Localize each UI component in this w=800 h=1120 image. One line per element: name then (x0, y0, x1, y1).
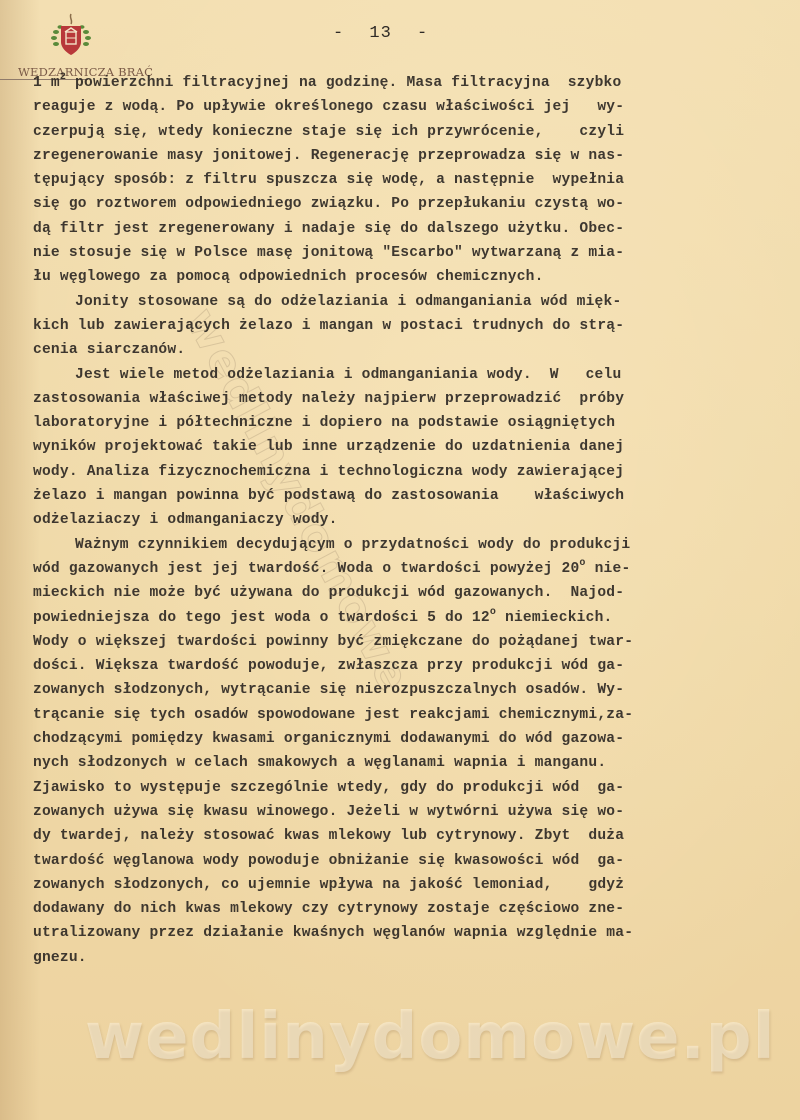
text-line: nych słodzonych w celach smakowych a węg… (33, 751, 733, 775)
text-line: kich lub zawierających żelazo i mangan w… (33, 314, 733, 338)
text-line: mieckich nie może być używana do produkc… (33, 581, 733, 605)
text-line-content: laboratoryjne i półtechniczne i dopiero … (33, 415, 615, 431)
text-line-content: Jest wiele metod odżelaziania i odmangan… (75, 367, 621, 383)
text-line-content: dodawany do nich kwas mlekowy czy cytryn… (33, 901, 624, 917)
text-line: gnezu. (33, 946, 733, 970)
text-line: 1 m2 powierzchni filtracyjnej na godzinę… (33, 71, 733, 95)
text-line: dości. Większa twardość powoduje, zwłasz… (33, 654, 733, 678)
bottom-watermark: wedlinydomowe.pl (85, 1000, 776, 1074)
text-line-continuation: powierzchni filtracyjnej na godzinę. Mas… (66, 75, 621, 91)
text-line-content: odżelaziaczy i odmanganiaczy wody. (33, 512, 338, 528)
text-line: żelazo i mangan powinna być podstawą do … (33, 484, 733, 508)
text-line-content: czerpują się, wtedy konieczne staje się … (33, 124, 624, 140)
text-line-content: zowanych używa się kwasu winowego. Jeżel… (33, 804, 624, 820)
text-line: trącanie się tych osadów spowodowane jes… (33, 703, 733, 727)
text-line: zowanych słodzonych, co ujemnie wpływa n… (33, 873, 733, 897)
text-line-content: dą filtr jest zregenerowany i nadaje się… (33, 221, 624, 237)
text-line-content: kich lub zawierających żelazo i mangan w… (33, 318, 624, 334)
text-line: Jest wiele metod odżelaziania i odmangan… (33, 363, 733, 387)
text-line: zowanych używa się kwasu winowego. Jeżel… (33, 800, 733, 824)
text-line-content: chodzącymi pomiędzy kwasami organicznymi… (33, 731, 624, 747)
text-line-content: dości. Większa twardość powoduje, zwłasz… (33, 658, 624, 674)
text-line-content: dy twardej, należy stosować kwas mlekowy… (33, 828, 624, 844)
text-line: twardość węglanowa wody powoduje obniżan… (33, 849, 733, 873)
text-line-content: zastosowania właściwej metody należy naj… (33, 391, 624, 407)
text-line-content: Zjawisko to występuje szczególnie wtedy,… (33, 780, 624, 796)
text-line: chodzącymi pomiędzy kwasami organicznymi… (33, 727, 733, 751)
text-line-content: utralizowany przez działanie kwaśnych wę… (33, 925, 633, 941)
text-line: tępujący sposób: z filtru spuszcza się w… (33, 168, 733, 192)
text-line: nie stosuje się w Polsce masę jonitową "… (33, 241, 733, 265)
text-line-content: twardość węglanowa wody powoduje obniżan… (33, 853, 624, 869)
text-line: odżelaziaczy i odmanganiaczy wody. (33, 508, 733, 532)
text-line-content: reaguje z wodą. Po upływie określonego c… (33, 99, 624, 115)
text-line: laboratoryjne i półtechniczne i dopiero … (33, 411, 733, 435)
text-line: czerpują się, wtedy konieczne staje się … (33, 120, 733, 144)
text-line-content: cenia siarczanów. (33, 342, 185, 358)
text-line-content: Wody o większej twardości powinny być zm… (33, 634, 633, 650)
text-line-content: się go roztworem odpowiedniego związku. … (33, 196, 624, 212)
text-line-continuation: nie- (586, 561, 631, 577)
text-line: Jonity stosowane są do odżelaziania i od… (33, 290, 733, 314)
text-line-content: tępujący sposób: z filtru spuszcza się w… (33, 172, 624, 188)
text-line-content: powiedniejsza do tego jest woda o twardo… (33, 610, 490, 626)
document-page: WĘDZARNICZA BRAĆ - 13 - wedlinydomowe 1 … (0, 0, 800, 1120)
text-line-content: wyników projektować takie lub inne urząd… (33, 439, 624, 455)
text-line: wody. Analiza fizycznochemiczna i techno… (33, 460, 733, 484)
text-line: się go roztworem odpowiedniego związku. … (33, 192, 733, 216)
text-line-content: wód gazowanych jest jej twardość. Woda o… (33, 561, 579, 577)
text-line: cenia siarczanów. (33, 338, 733, 362)
text-line-content: zregenerowanie masy jonitowej. Regenerac… (33, 148, 624, 164)
text-line-continuation: niemieckich. (496, 610, 612, 626)
text-line-content: wody. Analiza fizycznochemiczna i techno… (33, 464, 624, 480)
text-line: Wody o większej twardości powinny być zm… (33, 630, 733, 654)
text-line-content: nych słodzonych w celach smakowych a węg… (33, 755, 606, 771)
text-line: zowanych słodzonych, wytrącanie się nier… (33, 678, 733, 702)
smokehouse-crest-icon (50, 12, 92, 58)
text-line-content: zowanych słodzonych, co ujemnie wpływa n… (33, 877, 624, 893)
text-line: dą filtr jest zregenerowany i nadaje się… (33, 217, 733, 241)
text-line: dy twardej, należy stosować kwas mlekowy… (33, 824, 733, 848)
text-line: wyników projektować takie lub inne urząd… (33, 435, 733, 459)
text-line-content: mieckich nie może być używana do produkc… (33, 585, 624, 601)
text-line: utralizowany przez działanie kwaśnych wę… (33, 921, 733, 945)
text-line: zregenerowanie masy jonitowej. Regenerac… (33, 144, 733, 168)
text-line: reaguje z wodą. Po upływie określonego c… (33, 95, 733, 119)
text-line: Zjawisko to występuje szczególnie wtedy,… (33, 776, 733, 800)
text-line: dodawany do nich kwas mlekowy czy cytryn… (33, 897, 733, 921)
text-line: wód gazowanych jest jej twardość. Woda o… (33, 557, 733, 581)
typewritten-text-body: 1 m2 powierzchni filtracyjnej na godzinę… (33, 71, 733, 970)
text-line: Ważnym czynnikiem decydującym o przydatn… (33, 533, 733, 557)
page-number: - 13 - (333, 24, 428, 43)
text-line: łu węglowego za pomocą odpowiednich proc… (33, 265, 733, 289)
text-line-content: Jonity stosowane są do odżelaziania i od… (75, 294, 621, 310)
text-line: zastosowania właściwej metody należy naj… (33, 387, 733, 411)
text-line: powiedniejsza do tego jest woda o twardo… (33, 606, 733, 630)
text-line-content: trącanie się tych osadów spowodowane jes… (33, 707, 633, 723)
text-line-content: gnezu. (33, 950, 87, 966)
text-line-content: żelazo i mangan powinna być podstawą do … (33, 488, 624, 504)
text-line-content: 1 m (33, 75, 60, 91)
text-line-content: zowanych słodzonych, wytrącanie się nier… (33, 682, 624, 698)
text-line-content: Ważnym czynnikiem decydującym o przydatn… (75, 537, 630, 553)
text-line-content: nie stosuje się w Polsce masę jonitową "… (33, 245, 624, 261)
text-line-content: łu węglowego za pomocą odpowiednich proc… (33, 269, 544, 285)
